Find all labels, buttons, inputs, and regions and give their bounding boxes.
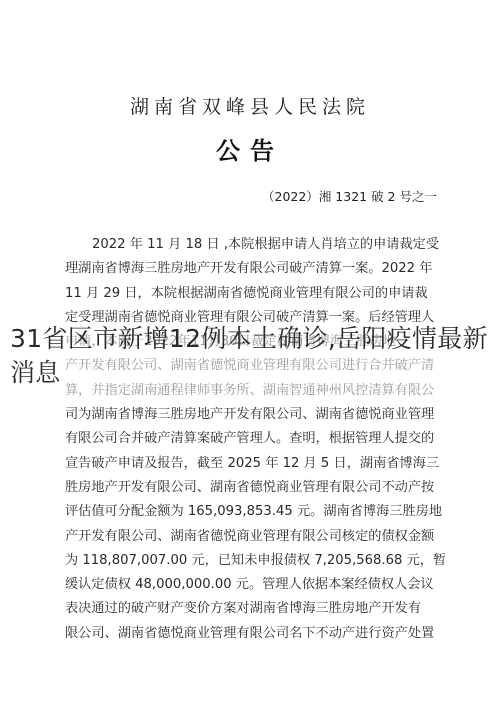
body-line: 缓认定债权 48,000,000.00 元。管理人依据本案经债权人会议 (65, 573, 445, 597)
body-line: 产开发有限公司、湖南省德悦商业管理有限公司核定的债权金额 (65, 525, 445, 549)
body-line: 为 118,807,007.00 元，已知未申报债权 7,205,568.68 … (65, 549, 445, 573)
document-body: 2022 年 11 月 18 日 ,本院根据申请人肖培立的申请裁定受 理湖南省博… (65, 233, 445, 646)
court-name: 湖南省双峰县人民法院 (0, 92, 500, 119)
body-line: 表决通过的破产财产变价方案对湖南省博海三胜房地产开发有 (65, 597, 445, 621)
case-number: （2022）湘 1321 破 2 号之一 (262, 187, 437, 205)
body-line: 2022 年 11 月 18 日 ,本院根据申请人肖培立的申请裁定受 (65, 233, 445, 257)
document-title: 公告 (0, 131, 500, 166)
body-line: 11 月 29 日，本院根据湖南省德悦商业管理有限公司的申请裁 (65, 282, 445, 306)
body-line: 限公司、湖南省德悦商业管理有限公司名下不动产进行资产处置 (65, 622, 445, 646)
body-line: 有限公司合并破产清算案破产管理人。查明，根据管理人提交的 (65, 427, 445, 451)
overlay-headline: 31省区市新增12例本土确诊,岳阳疫情最新消息 (10, 322, 500, 390)
body-line: 理湖南省博海三胜房地产开发有限公司破产清算一案。2022 年 (65, 257, 445, 281)
body-line: 评估值可分配金额为 165,093,853.45 元。湖南省博海三胜房地 (65, 500, 445, 524)
body-line: 胜房地产开发有限公司、湖南省德悦商业管理有限公司不动产按 (65, 476, 445, 500)
body-line: 司为湖南省博海三胜房地产开发有限公司、湖南省德悦商业管理 (65, 403, 445, 427)
body-line: 宣告破产申请及报告，截至 2025 年 12 月 5 日，湖南省博海三 (65, 452, 445, 476)
